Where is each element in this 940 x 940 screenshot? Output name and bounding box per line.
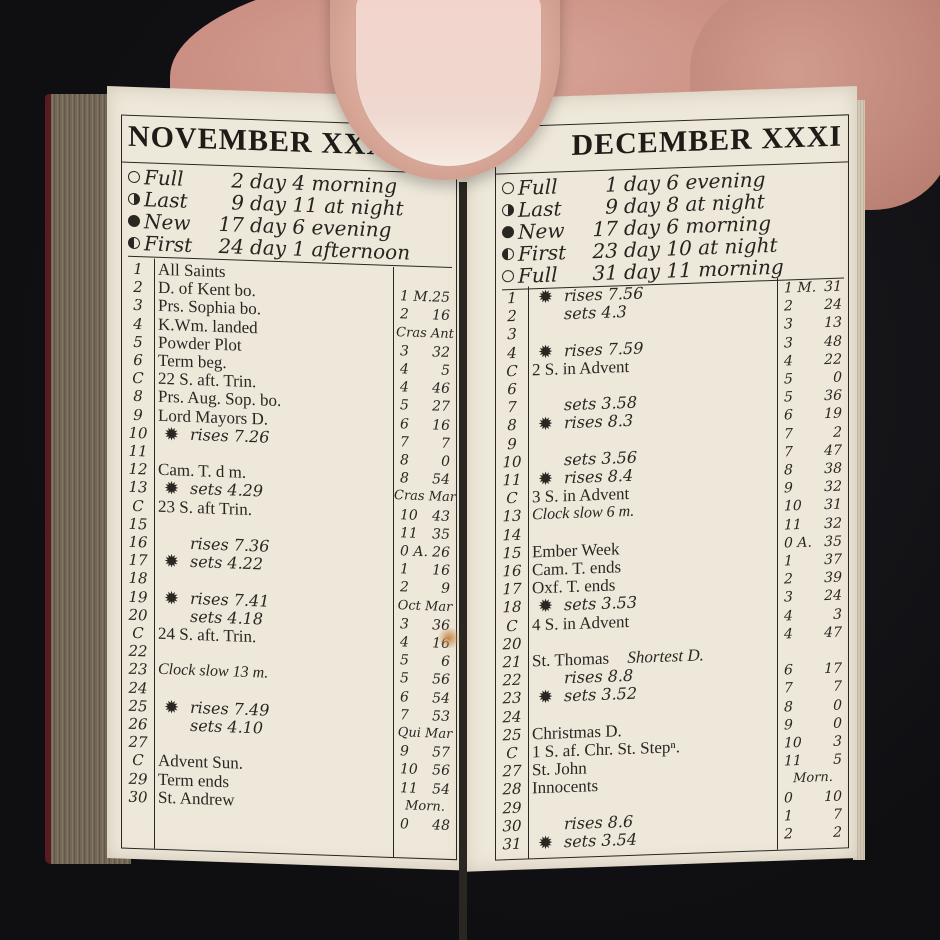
day-number: 23 (496, 689, 528, 708)
day-number: 29 (122, 769, 154, 788)
moonrise-minute: 31 (824, 278, 842, 297)
moonrise-hour: 7 (400, 706, 409, 724)
moonrise-hour: 0 A. (784, 533, 812, 552)
moonrise-time: 048 (394, 815, 456, 835)
day-number: C (496, 616, 528, 635)
moonrise-hour: 10 (784, 497, 802, 516)
day-number: 12 (122, 460, 154, 479)
moonrise-minute: 0 (833, 696, 842, 714)
moon-column-label: Morn. (394, 797, 456, 817)
last-quarter-moon-icon (502, 204, 514, 216)
day-number: 1 (496, 288, 528, 307)
moonrise-minute: 16 (432, 307, 450, 326)
day-number: 27 (496, 762, 528, 781)
day-number: 11 (496, 470, 528, 489)
full-moon-icon (502, 270, 514, 282)
moonrise-time: 216 (394, 305, 456, 325)
moonrise-hour: 5 (784, 388, 793, 406)
moonrise-hour: 1 (784, 807, 793, 825)
moonrise-minute: 17 (824, 660, 842, 679)
moonrise-time: 116 (394, 560, 456, 580)
moon-phases: Full1day 6 eveningLast9day 8 at nightNew… (502, 165, 844, 287)
day-number: 8 (122, 387, 154, 406)
phase-name: Last (518, 196, 588, 220)
day-column: 1234C67891011C131415161718C202122232425C… (496, 286, 529, 859)
day-number: C (496, 361, 528, 380)
day-number: 1 (122, 260, 154, 279)
day-number: 6 (496, 379, 528, 398)
moonrise-minute: 32 (432, 343, 450, 362)
moonrise-hour: 7 (400, 433, 409, 451)
moonrise-minute: 7 (441, 434, 450, 452)
december-page: DECEMBER XXXI Full1day 6 eveningLast9day… (465, 86, 857, 872)
moonrise-time: 422 (778, 350, 848, 371)
moonrise-minute: 3 (833, 733, 842, 751)
moonrise-time: 80 (778, 696, 848, 717)
moonrise-time: 313 (778, 314, 848, 335)
day-number: 4 (496, 343, 528, 362)
moonrise-minute: 32 (824, 478, 842, 497)
moonrise-hour: 2 (784, 297, 793, 315)
day-column: 123456C8910111213C151617181920C222324252… (122, 258, 155, 849)
day-number: 3 (122, 296, 154, 315)
phase-day: 17 (588, 217, 618, 240)
moonrise-hour: 2 (784, 570, 793, 588)
moonrise-hour: 4 (784, 607, 793, 625)
moonrise-hour: 3 (400, 342, 409, 360)
moonrise-minute: 38 (824, 460, 842, 479)
new-moon-icon (502, 226, 514, 238)
moonrise-time: 010 (778, 787, 848, 808)
miniature-almanac-book: NOVEMBER XXX Full2day 4 morningLast9day … (45, 86, 865, 868)
moonrise-column: 1 M.25216Cras Ant332454465276167780854Cr… (393, 267, 456, 859)
moonrise-time: 556 (394, 669, 456, 689)
phase-day: 9 (214, 191, 244, 214)
moonrise-hour: 9 (784, 479, 793, 497)
moonrise-hour: 0 A. (400, 542, 428, 561)
day-number: 19 (122, 587, 154, 606)
moonrise-hour: 0 (400, 815, 409, 833)
moonrise-minute: 9 (441, 580, 450, 598)
moonrise-time: 957 (394, 742, 456, 762)
moonrise-time: 747 (778, 441, 848, 462)
day-number: 22 (496, 671, 528, 690)
moonrise-time: 1135 (394, 524, 456, 544)
moonrise-time: 854 (394, 469, 456, 489)
moonrise-hour: 1 (784, 552, 793, 570)
phase-day: 17 (214, 213, 244, 236)
full-moon-icon (128, 171, 140, 183)
moonrise-time: 17 (778, 805, 848, 826)
book-gutter (459, 182, 467, 940)
moonrise-minute: 16 (432, 416, 450, 435)
phase-day: 23 (588, 239, 618, 262)
day-number: 28 (496, 780, 528, 799)
moonrise-minute: 35 (824, 532, 842, 551)
day-number: 15 (496, 543, 528, 562)
moonrise-time: 1056 (394, 760, 456, 780)
event-note: Shortest D. (627, 645, 704, 667)
moon-phases: Full2day 4 morningLast9day 11 at nightNe… (128, 166, 452, 265)
moonrise-hour: 2 (400, 306, 409, 324)
day-number: 22 (122, 642, 154, 661)
day-number: 13 (496, 507, 528, 526)
moonrise-time: 332 (394, 342, 456, 362)
moonrise-hour: 4 (400, 360, 409, 378)
day-number: 23 (122, 660, 154, 679)
day-number: 10 (122, 423, 154, 442)
moon-column-label: Cras Mar (394, 487, 456, 507)
day-number: 14 (496, 525, 528, 544)
day-number: 11 (122, 442, 154, 461)
moonrise-hour: 4 (784, 625, 793, 643)
moonrise-minute: 2 (833, 423, 842, 441)
paper-stain (436, 628, 462, 648)
day-number: 9 (122, 405, 154, 424)
day-number: 2 (122, 278, 154, 297)
moonrise-hour: 6 (784, 661, 793, 679)
full-moon-icon (502, 182, 514, 194)
moonrise-hour: 2 (784, 825, 793, 843)
moonrise-time: 22 (778, 823, 848, 844)
phase-day: 31 (588, 261, 618, 284)
day-number: C (122, 496, 154, 515)
moonrise-hour: 6 (400, 415, 409, 433)
moonrise-hour: 2 (400, 579, 409, 597)
page-frame: DECEMBER XXXI Full1day 6 eveningLast9day… (495, 114, 849, 860)
moonrise-hour: 0 (784, 789, 793, 807)
first-quarter-moon-icon (502, 248, 514, 260)
moonrise-time: 348 (778, 332, 848, 353)
moonrise-time: 80 (394, 451, 456, 471)
phase-name: New (518, 218, 588, 242)
moonrise-hour: 3 (784, 316, 793, 334)
day-number: 30 (496, 816, 528, 835)
moonrise-hour: 10 (784, 734, 802, 753)
moon-column-label: Cras Ant (394, 324, 456, 344)
day-number: 16 (496, 561, 528, 580)
day-number: 18 (122, 569, 154, 588)
moonrise-hour: 11 (400, 524, 418, 543)
day-number: 24 (122, 678, 154, 697)
moonrise-time: 753 (394, 706, 456, 726)
phase-name: First (518, 240, 588, 264)
moonrise-minute: 10 (824, 787, 842, 806)
phase-day: 1 (588, 173, 618, 196)
moonrise-hour: 9 (400, 742, 409, 760)
moonrise-minute: 37 (824, 551, 842, 570)
moonrise-time: 654 (394, 688, 456, 708)
moonrise-minute: 2 (833, 824, 842, 842)
day-number: 17 (496, 580, 528, 599)
moonrise-time: 619 (778, 405, 848, 426)
day-number: C (496, 743, 528, 762)
moonrise-time: 115 (778, 751, 848, 772)
day-number: 16 (122, 533, 154, 552)
moonrise-hour: 8 (784, 698, 793, 716)
moonrise-minute: 54 (432, 471, 450, 490)
moonrise-hour: 4 (784, 352, 793, 370)
moonrise-time: 43 (778, 605, 848, 626)
moonrise-time: 1 M.25 (394, 287, 456, 307)
moonrise-minute: 26 (432, 543, 450, 562)
november-page: NOVEMBER XXX Full2day 4 morningLast9day … (107, 86, 465, 871)
day-number: 8 (496, 416, 528, 435)
moonrise-time: 77 (778, 678, 848, 699)
moonrise-minute: 54 (432, 689, 450, 708)
moonrise-time: 1132 (778, 514, 848, 535)
moonrise-minute: 27 (432, 398, 450, 417)
events-column: 2 S. in Advent3 S. in AdventClock slow 6… (528, 278, 778, 859)
moonrise-time: 616 (394, 415, 456, 435)
moonrise-hour: 11 (784, 516, 802, 535)
moonrise-hour: 8 (400, 451, 409, 469)
moonrise-minute: 47 (824, 623, 842, 642)
moonrise-time: 0 A.26 (394, 542, 456, 562)
moonrise-minute: 0 (441, 453, 450, 471)
moonrise-minute: 25 (432, 289, 450, 308)
last-quarter-moon-icon (128, 193, 140, 205)
moonrise-time: 72 (778, 423, 848, 444)
day-number: C (122, 369, 154, 388)
day-number: 24 (496, 707, 528, 726)
moonrise-hour: 11 (784, 752, 802, 771)
moonrise-hour: 5 (400, 397, 409, 415)
moonrise-minute: 54 (432, 780, 450, 799)
phase-name: Full (518, 262, 588, 286)
moonrise-hour: 6 (784, 407, 793, 425)
moonrise-hour: 3 (400, 615, 409, 633)
moonrise-minute: 48 (824, 332, 842, 351)
day-number: 3 (496, 325, 528, 344)
phase-name: Full (518, 174, 588, 198)
moonrise-minute: 53 (432, 707, 450, 726)
moonrise-hour: 4 (400, 378, 409, 396)
day-number: 25 (496, 725, 528, 744)
moonrise-time: 324 (778, 587, 848, 608)
moonrise-minute: 7 (833, 678, 842, 696)
moon-column-label: Qui Mar (394, 724, 456, 744)
moonrise-minute: 43 (432, 507, 450, 526)
day-number: 7 (496, 398, 528, 417)
phase-day: 2 (214, 169, 244, 192)
moonrise-minute: 32 (824, 514, 842, 533)
moonrise-minute: 16 (432, 562, 450, 581)
day-number: 15 (122, 514, 154, 533)
moonrise-hour: 9 (784, 716, 793, 734)
moonrise-time: 1031 (778, 496, 848, 517)
first-quarter-moon-icon (128, 237, 140, 249)
day-number: 17 (122, 551, 154, 570)
moonrise-time: 447 (778, 623, 848, 644)
moonrise-minute: 56 (432, 762, 450, 781)
day-number: 4 (122, 314, 154, 333)
moonrise-time: 45 (394, 360, 456, 380)
day-number: C (496, 489, 528, 508)
moonrise-minute: 19 (824, 405, 842, 424)
moonrise-hour: 8 (400, 469, 409, 487)
moonrise-hour: 1 (400, 560, 409, 578)
moon-column-label: Morn. (778, 769, 848, 790)
events-column: All SaintsD. of Kent bo.Prs. Sophia bo.K… (154, 259, 394, 857)
moonrise-minute: 36 (824, 387, 842, 406)
phase-day: 24 (214, 235, 244, 258)
moonrise-minute: 0 (833, 714, 842, 732)
day-number: 13 (122, 478, 154, 497)
page-frame: NOVEMBER XXX Full2day 4 morningLast9day … (121, 114, 457, 860)
moonrise-time: 617 (778, 660, 848, 681)
moonrise-time: 1154 (394, 779, 456, 799)
moonrise-time: 239 (778, 569, 848, 590)
day-number: 5 (122, 332, 154, 351)
moonrise-hour: 11 (400, 779, 418, 798)
moonrise-time: 224 (778, 296, 848, 317)
moonrise-time: 77 (394, 433, 456, 453)
moonrise-hour: 3 (784, 589, 793, 607)
moonrise-minute: 3 (833, 605, 842, 623)
new-moon-icon (128, 215, 140, 227)
moonrise-minute: 22 (824, 350, 842, 369)
moonrise-hour: 10 (400, 506, 418, 525)
day-number: 6 (122, 351, 154, 370)
moonrise-hour: 1 M. (784, 278, 816, 297)
moonrise-time: 29 (394, 578, 456, 598)
moonrise-minute: 7 (833, 805, 842, 823)
moonrise-hour: 6 (400, 688, 409, 706)
moonrise-hour: 5 (400, 670, 409, 688)
moonrise-time: 536 (778, 387, 848, 408)
event-entry: Clock slow 13 m. (154, 661, 394, 688)
day-number: 21 (496, 652, 528, 671)
day-number: 29 (496, 798, 528, 817)
moonrise-time: 0 A.35 (778, 532, 848, 553)
moonrise-hour: 8 (784, 461, 793, 479)
moonrise-minute: 35 (432, 525, 450, 544)
calendar-grid: 123456C8910111213C151617181920C222324252… (122, 258, 456, 860)
day-number: 26 (122, 715, 154, 734)
moonrise-hour: 7 (784, 443, 793, 461)
moonrise-minute: 6 (441, 653, 450, 671)
moonrise-time: 56 (394, 651, 456, 671)
day-number: 25 (122, 696, 154, 715)
moonrise-minute: 13 (824, 314, 842, 333)
moonrise-minute: 31 (824, 496, 842, 515)
day-number: C (122, 624, 154, 643)
calendar-grid: 1234C67891011C131415161718C202122232425C… (496, 275, 848, 859)
phase-time: day 1 afternoon (250, 236, 410, 264)
day-number: 20 (496, 634, 528, 653)
day-number: 9 (496, 434, 528, 453)
phase-name: First (144, 232, 214, 256)
day-number: 27 (122, 733, 154, 752)
moonrise-minute: 57 (432, 744, 450, 763)
day-number: 2 (496, 307, 528, 326)
moonrise-minute: 0 (833, 369, 842, 387)
day-number: 10 (496, 452, 528, 471)
day-number: C (122, 751, 154, 770)
moonrise-time: 90 (778, 714, 848, 735)
day-number: 30 (122, 787, 154, 806)
moonrise-hour: 5 (784, 370, 793, 388)
moonrise-minute: 46 (432, 380, 450, 399)
day-number: 18 (496, 598, 528, 617)
moonrise-minute: 5 (441, 362, 450, 380)
day-number: 20 (122, 605, 154, 624)
month-title: DECEMBER XXXI (502, 120, 842, 166)
moonrise-hour: 4 (400, 633, 409, 651)
moonrise-minute: 24 (824, 296, 842, 315)
moonrise-minute: 39 (824, 569, 842, 588)
moon-column-label: Oct Mar (394, 597, 456, 617)
moonrise-hour: 7 (784, 425, 793, 443)
phase-day: 9 (588, 195, 618, 218)
moonrise-hour: 1 M. (400, 287, 432, 306)
moonrise-column: 1 M.312243133484225053661972747838932103… (777, 275, 848, 849)
moonrise-time: 932 (778, 478, 848, 499)
moonrise-hour: 7 (784, 680, 793, 698)
moonrise-minute: 56 (432, 671, 450, 690)
moonrise-hour: 3 (784, 334, 793, 352)
moonrise-hour: 10 (400, 761, 418, 780)
moonrise-minute: 48 (432, 816, 450, 835)
moonrise-time: 527 (394, 396, 456, 416)
moonrise-time: 1043 (394, 506, 456, 526)
moonrise-hour: 5 (400, 651, 409, 669)
moonrise-minute: 24 (824, 587, 842, 606)
moonrise-minute: 5 (833, 751, 842, 769)
day-number: 31 (496, 834, 528, 853)
moonrise-minute: 47 (824, 441, 842, 460)
moonrise-time: 446 (394, 378, 456, 398)
